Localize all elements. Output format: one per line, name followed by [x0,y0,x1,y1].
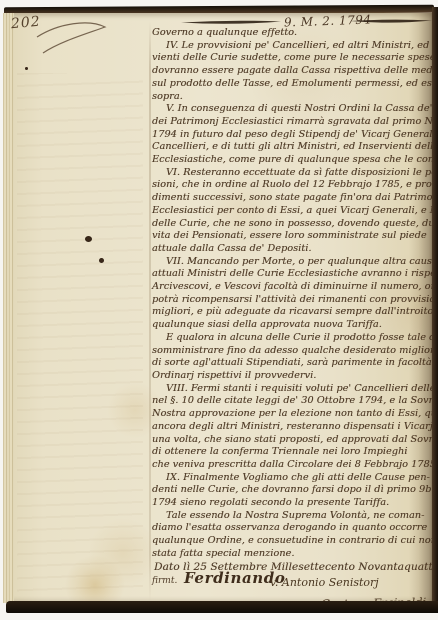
page-fold-line [149,21,151,601]
manuscript-line: 1794 sieno regolati secondo la presente … [152,497,433,510]
book-bottom-edge [6,601,438,613]
manuscript-line: che veniva prescritta dalla Circolare de… [152,459,433,472]
manuscript-line: dimenti successivi, sono state pagate fi… [152,192,433,205]
manuscript-line: Ecclesiastici per conto di Essi, a quei … [152,205,433,218]
manuscript-line: sul prodotto delle Tasse, ed Emolumenti … [152,78,433,91]
manuscript-line: Arcivescovi, e Vescovi facoltà di diminu… [152,281,433,294]
manuscript-line: Ordinarj rispettivi il provvedervi. [152,370,433,383]
manuscript-line: migliori, e più adeguate da ricavarsi se… [152,306,433,319]
manuscript-line: somministrare fino da adesso qualche des… [152,345,433,358]
signature-witness: v. Antonio Senistorj [270,576,379,589]
manuscript-line: potrà ricompensarsi l'attività dei riman… [152,294,433,307]
manuscript-photo: 202 9. M. 2. 1794 Governo a qualunque ef… [0,0,438,620]
ink-spot [85,236,92,242]
manuscript-page: 202 9. M. 2. 1794 Governo a qualunque ef… [3,13,433,603]
manuscript-line: dovranno essere pagate dalla Cassa rispe… [152,65,433,78]
manuscript-line: vienti delle Curie sudette, come pure le… [152,52,433,65]
header-rule-left [181,19,281,27]
manuscript-line: Cancellieri, e di tutti gli altri Minist… [152,141,433,154]
signature-prefix: firmt. [152,576,177,586]
manuscript-line: V. In conseguenza di questi Nostri Ordin… [152,103,433,116]
manuscript-line: VII. Mancando per Morte, o per qualunque… [152,256,433,269]
manuscript-line: VIII. Fermi stanti i requisiti voluti pe… [152,383,433,396]
page-edges-left [3,13,14,603]
manuscript-line: denti nelle Curie, che dovranno farsi do… [152,484,433,497]
show-through-text [17,73,143,593]
manuscript-line: di sorte agl'attuali Stipendiati, sarà p… [152,357,433,370]
ink-spot [99,258,104,263]
manuscript-line: diamo l'esatta osservanza derogando in q… [152,522,433,535]
manuscript-line: una volta, che siano stati proposti, ed … [152,434,433,447]
manuscript-line: E qualora in alcuna delle Curie il prodo… [152,332,433,345]
manuscript-line: stata fatta special menzione. [152,548,433,561]
manuscript-line: sopra. [152,91,433,104]
manuscript-line: delle Curie, che ne sono in possesso, do… [152,218,433,231]
manuscript-line: sioni, che in ordine al Ruolo del 12 Feb… [152,179,433,192]
manuscript-line: ancora degli altri Ministri, resteranno … [152,421,433,434]
manuscript-line: qualunque siasi della approvata nuova Ta… [152,319,433,332]
manuscript-line: dei Patrimonj Ecclesiastici rimarrà sgra… [152,116,433,129]
ink-spot [25,67,28,70]
manuscript-line: Nostra approvazione per la elezione non … [152,408,433,421]
manuscript-line: Tale essendo la Nostra Suprema Volontà, … [152,510,433,523]
manuscript-line: Ecclesiastiche, come pure di qualunque s… [152,154,433,167]
book-spine-edge [432,7,438,613]
manuscript-line: attuale dalla Cassa de' Depositi. [152,243,433,256]
manuscript-line: 1794 in futuro dal peso degli Stipendj d… [152,129,433,142]
manuscript-line: IX. Finalmente Vogliamo che gli atti del… [152,472,433,485]
binding-gutter-shadow [409,13,433,603]
manuscript-text: Governo a qualunque effetto.IV. Le provv… [152,27,433,573]
manuscript-line: di ottenere la conferma Triennale nei lo… [152,446,433,459]
manuscript-line: nel §. 10 delle citate leggi de' 30 Otto… [152,395,433,408]
manuscript-line: IV. Le provvisioni pe' Cancellieri, ed a… [152,40,433,53]
manuscript-line: Governo a qualunque effetto. [152,27,433,40]
manuscript-line: attuali Ministri delle Curie Ecclesiasti… [152,268,433,281]
manuscript-line: VI. Resteranno eccettuate da sì fatte di… [152,167,433,180]
manuscript-line: qualunque Ordine, e consuetudine in cont… [152,535,433,548]
folio-flourish [31,17,111,61]
manuscript-line: vita dei Pensionati, essere loro sommini… [152,230,433,243]
